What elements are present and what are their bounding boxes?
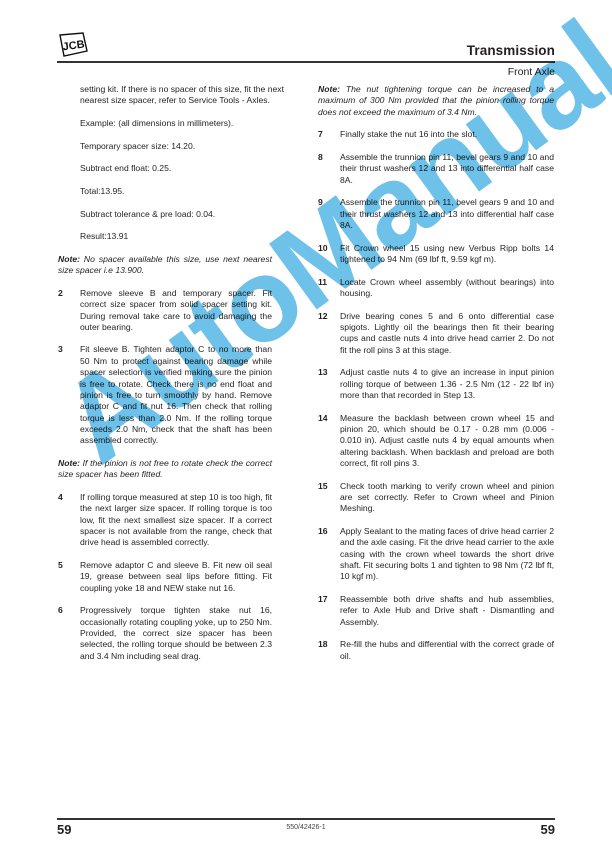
step-number: 13	[318, 367, 340, 401]
step-item: 10Fit Crown wheel 15 using new Verbus Ri…	[318, 243, 554, 266]
step-text: Adjust castle nuts 4 to give an increase…	[340, 367, 554, 401]
note-text: If the pinion is not free to rotate chec…	[58, 458, 272, 479]
left-column: setting kit. If there is no spacer of th…	[58, 84, 272, 673]
step-item: 17Reassemble both drive shafts and hub a…	[318, 594, 554, 628]
note-label: Note:	[318, 84, 340, 94]
step-text: Drive bearing cones 5 and 6 onto differe…	[340, 311, 554, 356]
step-number: 15	[318, 481, 340, 515]
note-label: Note:	[58, 458, 80, 468]
step-item: 3Fit sleeve B. Tighten adaptor C to no m…	[58, 344, 272, 446]
step-text: Measure the backlash between crown wheel…	[340, 413, 554, 470]
step-item: 15Check tooth marking to verify crown wh…	[318, 481, 554, 515]
note-torque: Note: The nut tightening torque can be i…	[318, 84, 554, 118]
step-number: 17	[318, 594, 340, 628]
note-spacer: Note: No spacer available this size, use…	[58, 254, 272, 277]
step-item: 11Locate Crown wheel assembly (without b…	[318, 277, 554, 300]
step-number: 2	[58, 288, 80, 333]
step-item: 18Re-fill the hubs and differential with…	[318, 639, 554, 662]
section-subtitle: Front Axle	[508, 66, 555, 78]
example-line: Example: (all dimensions in millimeters)…	[58, 118, 294, 129]
step-text: Locate Crown wheel assembly (without bea…	[340, 277, 554, 300]
footer-divider	[57, 818, 555, 820]
example-line: Temporary spacer size: 14.20.	[58, 141, 294, 152]
example-line: Total:13.95.	[58, 186, 294, 197]
note-text: The nut tightening torque can be increas…	[318, 84, 554, 117]
step-text: Re-fill the hubs and differential with t…	[340, 639, 554, 662]
step-number: 3	[58, 344, 80, 446]
right-column: Note: The nut tightening torque can be i…	[318, 84, 554, 673]
step-text: Fit sleeve B. Tighten adaptor C to no mo…	[80, 344, 272, 446]
step-item: 16Apply Sealant to the mating faces of d…	[318, 526, 554, 583]
example-line: Result:13.91	[58, 231, 294, 242]
step-text: Remove sleeve B and temporary spacer. Fi…	[80, 288, 272, 333]
step-number: 18	[318, 639, 340, 662]
step-text: Check tooth marking to verify crown whee…	[340, 481, 554, 515]
step-item: 5Remove adaptor C and sleeve B. Fit new …	[58, 560, 272, 594]
step-number: 6	[58, 605, 80, 662]
step-number: 12	[318, 311, 340, 356]
step-number: 16	[318, 526, 340, 583]
continuation-text: setting kit. If there is no spacer of th…	[58, 84, 294, 107]
document-number: 550/42426-1	[0, 824, 612, 831]
header-divider	[57, 61, 555, 63]
step-number: 7	[318, 129, 340, 140]
step-text: Progressively torque tighten stake nut 1…	[80, 605, 272, 662]
example-line: Subtract tolerance & pre load: 0.04.	[58, 209, 294, 220]
step-item: 6Progressively torque tighten stake nut …	[58, 605, 272, 662]
step-item: 2Remove sleeve B and temporary spacer. F…	[58, 288, 272, 333]
step-item: 9Assemble the trunnion pin 11, bevel gea…	[318, 197, 554, 231]
note-pinion: Note: If the pinion is not free to rotat…	[58, 458, 272, 481]
step-text: Fit Crown wheel 15 using new Verbus Ripp…	[340, 243, 554, 266]
step-number: 11	[318, 277, 340, 300]
step-item: 14Measure the backlash between crown whe…	[318, 413, 554, 470]
step-number: 5	[58, 560, 80, 594]
step-item: 12Drive bearing cones 5 and 6 onto diffe…	[318, 311, 554, 356]
step-number: 8	[318, 152, 340, 186]
example-line: Subtract end float: 0.25.	[58, 163, 294, 174]
step-list: 2Remove sleeve B and temporary spacer. F…	[58, 288, 272, 447]
step-item: 8Assemble the trunnion pin 11, bevel gea…	[318, 152, 554, 186]
section-title: Transmission	[467, 43, 555, 58]
step-number: 10	[318, 243, 340, 266]
step-list: 7Finally stake the nut 16 into the slot.…	[318, 129, 554, 662]
step-text: Assemble the trunnion pin 11, bevel gear…	[340, 152, 554, 186]
step-list: 4If rolling torque measured at step 10 i…	[58, 492, 272, 662]
step-number: 9	[318, 197, 340, 231]
example-calculation: Example: (all dimensions in millimeters)…	[58, 118, 272, 243]
step-text: Assemble the trunnion pin 11, bevel gear…	[340, 197, 554, 231]
step-text: Apply Sealant to the mating faces of dri…	[340, 526, 554, 583]
page-number-right: 59	[541, 822, 555, 837]
step-text: Finally stake the nut 16 into the slot.	[340, 129, 554, 140]
step-number: 4	[58, 492, 80, 549]
note-text: No spacer available this size, use next …	[58, 254, 272, 275]
step-text: Reassemble both drive shafts and hub ass…	[340, 594, 554, 628]
step-text: Remove adaptor C and sleeve B. Fit new o…	[80, 560, 272, 594]
step-item: 4If rolling torque measured at step 10 i…	[58, 492, 272, 549]
step-number: 14	[318, 413, 340, 470]
step-item: 7Finally stake the nut 16 into the slot.	[318, 129, 554, 140]
jcb-logo-icon: JCB	[58, 32, 88, 57]
step-text: If rolling torque measured at step 10 is…	[80, 492, 272, 549]
step-item: 13Adjust castle nuts 4 to give an increa…	[318, 367, 554, 401]
note-label: Note:	[58, 254, 80, 264]
